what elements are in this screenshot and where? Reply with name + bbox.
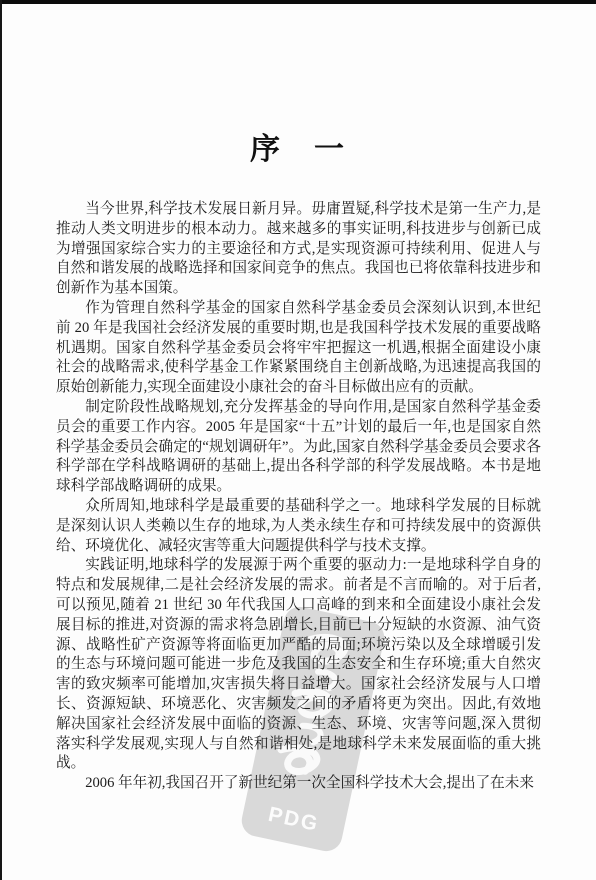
page-title: 序 一 bbox=[0, 124, 596, 168]
paragraph: 众所周知,地球科学是最重要的基础科学之一。地球科学发展的目标就是深刻认识人类赖以… bbox=[56, 497, 541, 556]
preface-body: 当今世界,科学技术发展日新月异。毋庸置疑,科学技术是第一生产力,是推动人类文明进… bbox=[56, 200, 541, 794]
paragraph: 2006 年年初,我国召开了新世纪第一次全国科学技术大会,提出了在未来 bbox=[56, 774, 541, 794]
paragraph: 作为管理自然科学基金的国家自然科学基金委员会深刻认识到,本世纪前 20 年是我国… bbox=[56, 299, 541, 398]
watermark-pdg-label: PDG bbox=[266, 803, 321, 837]
paragraph: 制定阶段性战略规划,充分发挥基金的导向作用,是国家自然科学基金委员会的重要工作内… bbox=[56, 398, 541, 497]
paragraph: 实践证明,地球科学的发展源于两个重要的驱动力:一是地球科学自身的特点和发展规律,… bbox=[56, 556, 541, 774]
scan-edge-top-bar bbox=[0, 0, 596, 4]
scanned-book-page: PDG 序 一 当今世界,科学技术发展日新月异。毋庸置疑,科学技术是第一生产力,… bbox=[0, 0, 596, 880]
paragraph: 当今世界,科学技术发展日新月异。毋庸置疑,科学技术是第一生产力,是推动人类文明进… bbox=[56, 200, 541, 299]
